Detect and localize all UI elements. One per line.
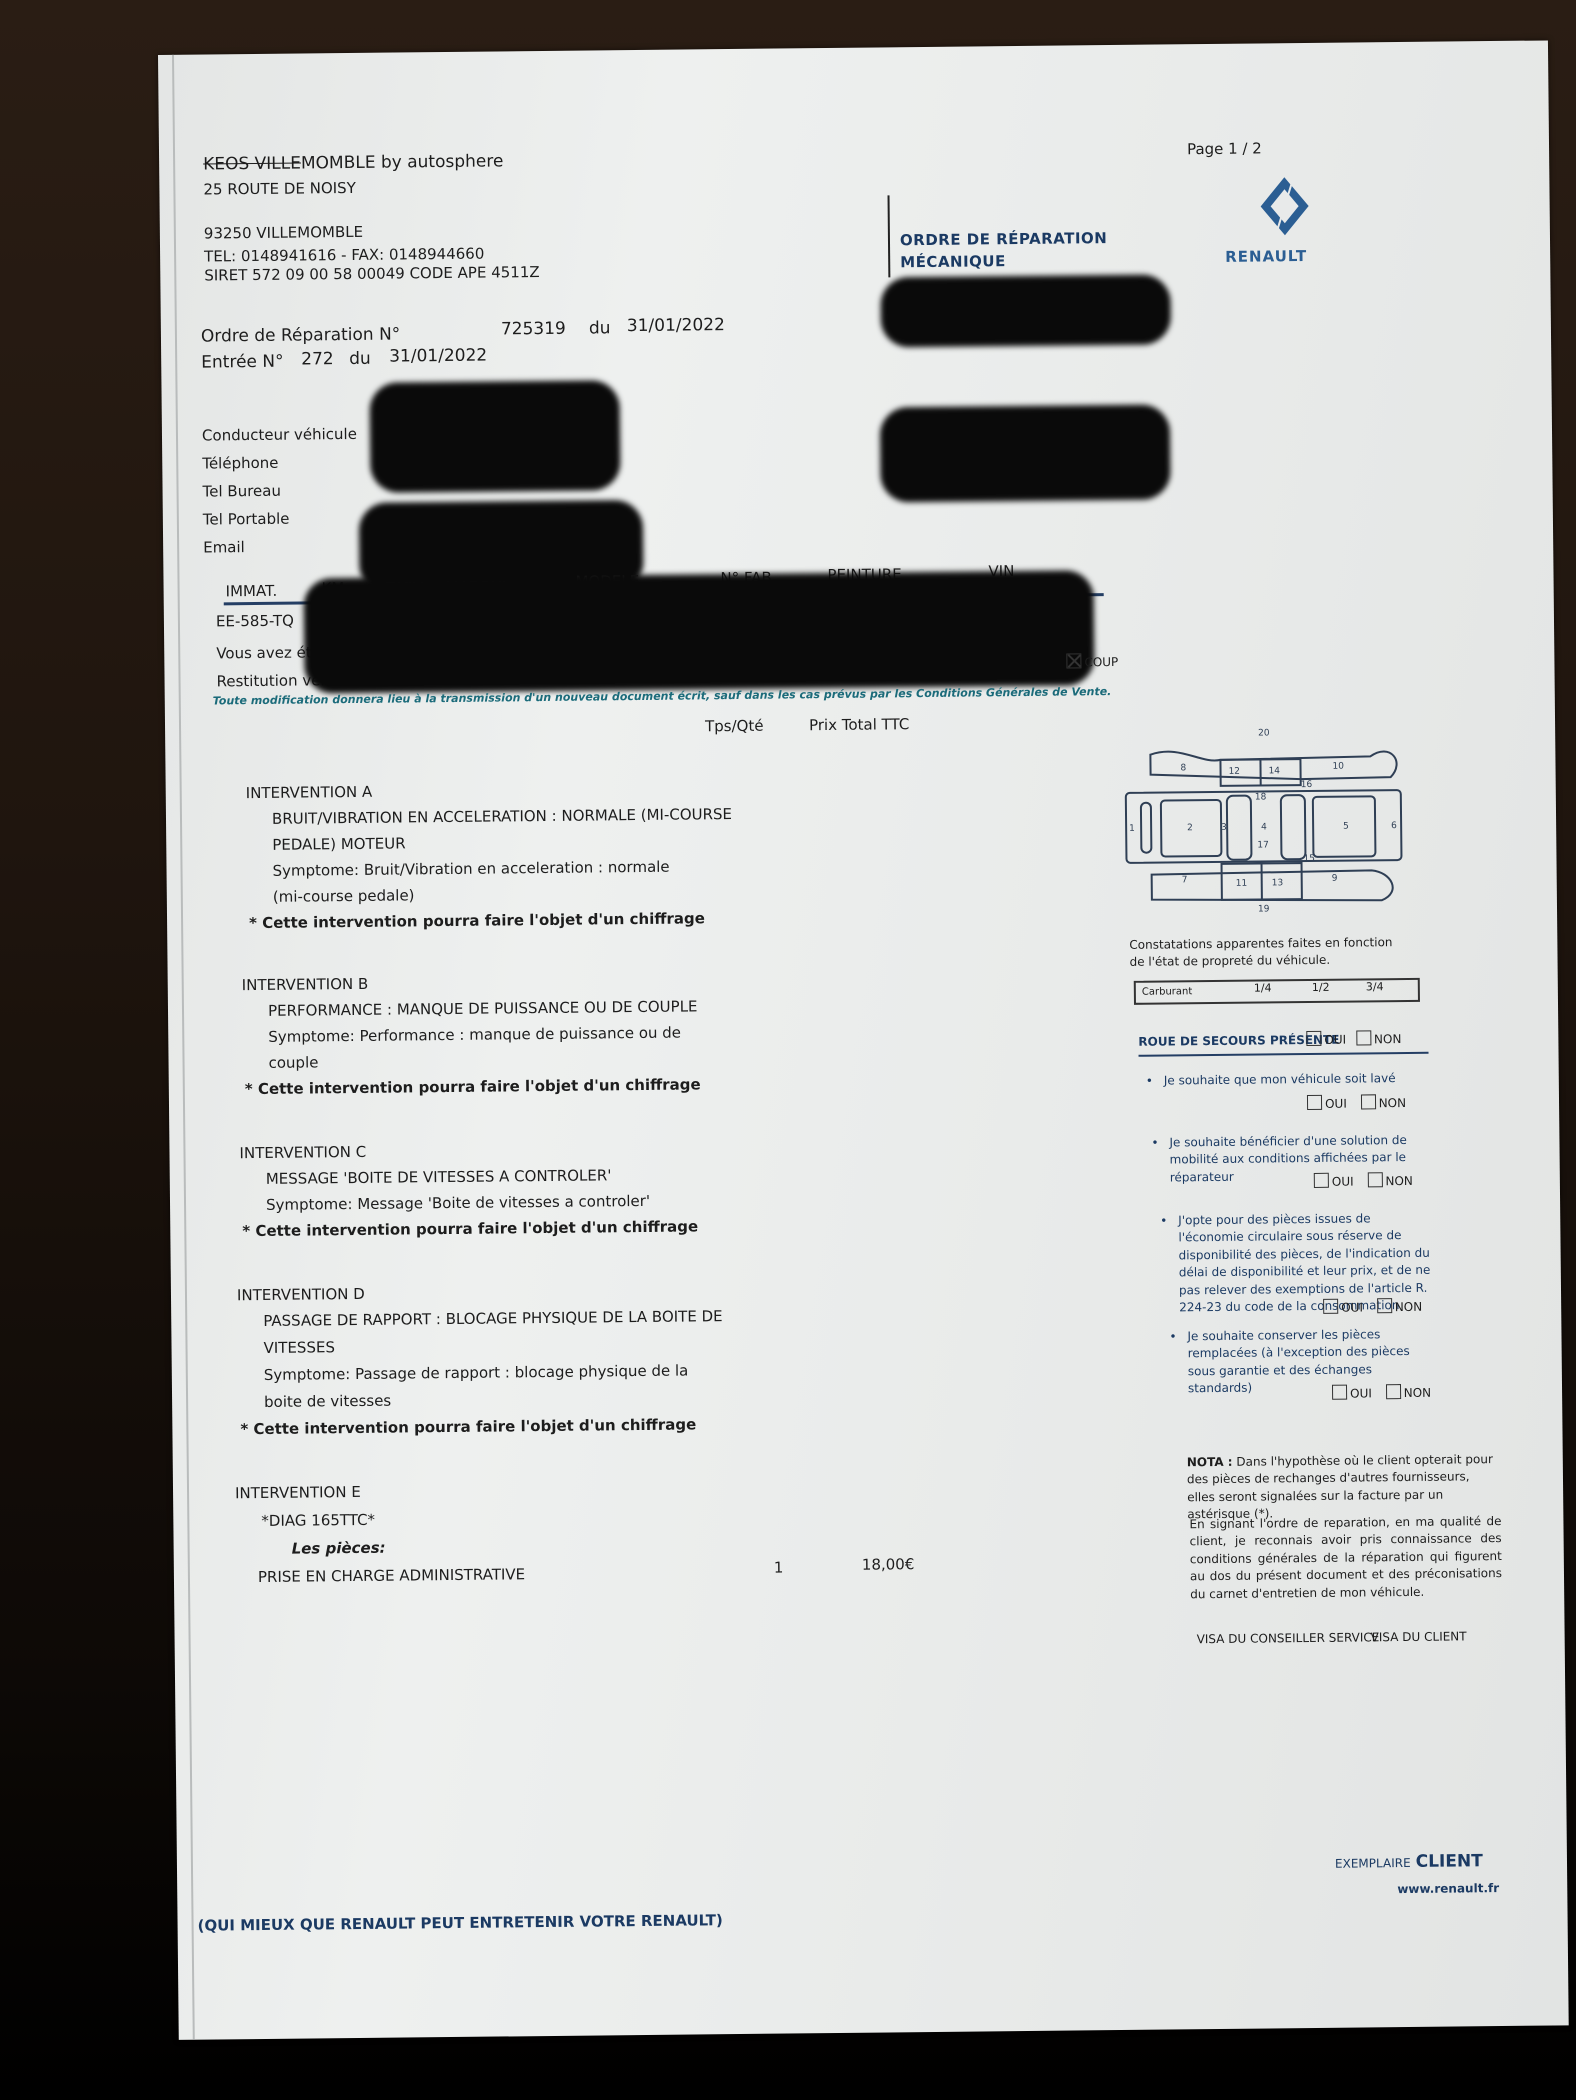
redaction-client-address (880, 274, 1171, 347)
zone-14: 14 (1269, 766, 1281, 776)
circular-oui-checkbox[interactable] (1323, 1299, 1338, 1314)
intervention-line: VITESSES (263, 1338, 335, 1357)
dealer-siret: SIRET 572 09 00 58 00049 CODE APE 4511Z (204, 263, 539, 285)
intervention-a: INTERVENTION A BRUIT/VIBRATION EN ACCELE… (158, 40, 1548, 55)
intervention-d: INTERVENTION D PASSAGE DE RAPPORT : BLOC… (158, 40, 1548, 55)
vehicle-damage-diagram: 20 12 14 8 10 16 18 1 2 3 4 5 6 17 15 7 … (1120, 722, 1407, 915)
visa-service-label: VISA DU CONSEILLER SERVICE (1197, 1630, 1380, 1646)
quote-note: * Cette intervention pourra faire l'obje… (242, 1217, 698, 1240)
entry-date: 31/01/2022 (389, 346, 487, 367)
non-label: NON (1374, 1032, 1402, 1046)
intervention-line: Symptome: Performance : manque de puissa… (268, 1024, 681, 1046)
intervention-c: INTERVENTION C MESSAGE 'BOITE DE VITESSE… (158, 40, 1548, 55)
oui-label: OUI (1324, 1033, 1346, 1047)
intervention-line: PEDALE) MOTEUR (272, 834, 406, 853)
col-qty-header: Tps/Qté (705, 717, 764, 736)
footer-slogan: (QUI MIEUX QUE RENAULT PEUT ENTRETENIR V… (197, 1911, 722, 1934)
zone-18: 18 (1255, 792, 1267, 802)
doc-title-line2: MÉCANIQUE (900, 252, 1006, 271)
intervention-b: INTERVENTION B PERFORMANCE : MANQUE DE P… (158, 40, 1548, 55)
part-qty: 1 (774, 1559, 784, 1577)
dealer-name: KEOS VILLEMOMBLE by autosphere (203, 151, 503, 174)
option-circular-parts-choices: OUI NON (1323, 1298, 1422, 1315)
signing-statement: En signant l'ordre de reparation, en ma … (1189, 1513, 1502, 1603)
coup-label: COUP (1084, 655, 1118, 669)
intervention-line: *DIAG 165TTC* (261, 1511, 375, 1530)
zone-6: 6 (1391, 821, 1397, 831)
exemplaire-client-bold: CLIENT (1416, 1851, 1483, 1872)
zone-7: 7 (1182, 875, 1188, 885)
zone-17: 17 (1257, 840, 1269, 850)
exemplaire-label: EXEMPLAIRE (1335, 1856, 1411, 1871)
dealer-name-struck: KEOS VILLE (203, 154, 301, 175)
wash-non-checkbox[interactable] (1361, 1094, 1376, 1109)
spare-wheel-options: OUI NON (1306, 1030, 1401, 1047)
nota-body: Dans l'hypothèse où le client opterait p… (1187, 1452, 1493, 1521)
zone-19: 19 (1258, 904, 1270, 914)
or-date: 31/01/2022 (627, 315, 725, 336)
mobility-oui-checkbox[interactable] (1314, 1173, 1329, 1188)
quote-note: * Cette intervention pourra faire l'obje… (240, 1415, 696, 1438)
intervention-title: INTERVENTION E (235, 1483, 361, 1502)
renault-diamond-icon (1256, 175, 1313, 238)
dealer-name-rest: MOMBLE by autosphere (301, 151, 504, 173)
intervention-title: INTERVENTION A (246, 783, 373, 802)
keep-parts-oui-checkbox[interactable] (1332, 1385, 1347, 1400)
option-mobility-choices: OUI NON (1314, 1172, 1413, 1189)
option-keep-parts-choices: OUI NON (1332, 1384, 1431, 1401)
spare-wheel-rule (1139, 1052, 1429, 1057)
immat-value: EE-585-TQ (216, 612, 294, 631)
entry-label: Entrée N° (201, 352, 284, 373)
intervention-line: couple (268, 1053, 318, 1072)
wash-oui-checkbox[interactable] (1307, 1095, 1322, 1110)
fuel-label: Carburant (1142, 986, 1193, 998)
visa-service-signature-area[interactable] (1197, 1649, 1358, 1731)
redaction-client-fields-1 (369, 380, 620, 493)
or-number: 725319 (501, 319, 566, 340)
fuel-gauge: Carburant 1/4 1/2 3/4 (1134, 978, 1420, 1005)
intervention-line: boite de vitesses (264, 1392, 391, 1411)
zone-9: 9 (1332, 874, 1338, 884)
intervention-line: (mi-course pedale) (273, 886, 415, 905)
exemplaire-client: EXEMPLAIRE CLIENT (1335, 1851, 1483, 1873)
zone-2: 2 (1187, 823, 1193, 833)
repair-order-document: KEOS VILLEMOMBLE by autosphere 25 ROUTE … (158, 40, 1569, 2039)
intervention-line: PERFORMANCE : MANQUE DE PUISSANCE OU DE … (268, 997, 698, 1019)
intervention-line: Symptome: Message 'Boite de vitesses a c… (266, 1192, 650, 1214)
intervention-line: MESSAGE 'BOITE DE VITESSES A CONTROLER' (266, 1166, 612, 1188)
intervention-e: INTERVENTION E *DIAG 165TTC* Les pièces:… (158, 40, 1548, 55)
doc-title-line1: ORDRE DE RÉPARATION (900, 229, 1108, 249)
page-indicator: Page 1 / 2 (1187, 139, 1262, 158)
field-label-mobile: Tel Portable (203, 510, 290, 529)
zone-15: 15 (1303, 854, 1315, 864)
coup-checkbox[interactable] (1066, 653, 1081, 668)
oui-label: OUI (1350, 1386, 1372, 1400)
non-label: NON (1379, 1096, 1407, 1110)
zone-20: 20 (1258, 728, 1270, 738)
intervention-line: Symptome: Passage de rapport : blocage p… (264, 1362, 689, 1384)
redaction-vehicle-row (303, 570, 1094, 693)
damage-coup: COUP (1066, 653, 1118, 670)
observations-text: Constatations apparentes faites en fonct… (1129, 934, 1409, 972)
zone-3: 3 (1221, 823, 1227, 833)
fuel-mark-three-quarter: 3/4 (1366, 980, 1384, 993)
non-label: NON (1385, 1174, 1413, 1188)
parts-label: Les pièces: (292, 1539, 386, 1558)
zone-11: 11 (1236, 879, 1248, 889)
field-label-phone: Téléphone (202, 454, 278, 473)
visa-client-label: VISA DU CLIENT (1371, 1629, 1467, 1644)
nota-label: NOTA : (1187, 1455, 1233, 1469)
quote-note: * Cette intervention pourra faire l'obje… (245, 1075, 701, 1098)
or-label: Ordre de Réparation N° (201, 324, 401, 346)
col-immat: IMMAT. (226, 582, 278, 601)
option-wash: Je souhaite que mon véhicule soit lavé (1164, 1070, 1424, 1090)
intervention-line: BRUIT/VIBRATION EN ACCELERATION : NORMAL… (272, 805, 732, 828)
spare-wheel-oui-checkbox[interactable] (1306, 1031, 1321, 1046)
non-label: NON (1404, 1386, 1432, 1400)
visa-client-signature-area[interactable] (1371, 1647, 1502, 1728)
intervention-line: PASSAGE DE RAPPORT : BLOCAGE PHYSIQUE DE… (263, 1307, 723, 1330)
quote-note: * Cette intervention pourra faire l'obje… (249, 909, 705, 932)
keep-parts-non-checkbox[interactable] (1386, 1384, 1401, 1399)
intervention-title: INTERVENTION B (242, 975, 369, 994)
mobility-non-checkbox[interactable] (1367, 1172, 1382, 1187)
zone-1: 1 (1129, 824, 1135, 834)
dealer-address-2: 93250 VILLEMOMBLE (204, 223, 363, 243)
oui-label: OUI (1332, 1175, 1354, 1189)
field-label-work-phone: Tel Bureau (202, 482, 281, 501)
circular-non-checkbox[interactable] (1377, 1298, 1392, 1313)
intervention-line: Symptome: Bruit/Vibration en acceleratio… (272, 858, 669, 880)
zone-5: 5 (1343, 822, 1349, 832)
field-label-email: Email (203, 538, 245, 556)
field-label-driver: Conducteur véhicule (202, 425, 357, 445)
zone-16: 16 (1301, 780, 1313, 790)
part-price: 18,00€ (862, 1555, 915, 1574)
entry-du: du (349, 349, 371, 369)
zone-10: 10 (1332, 762, 1344, 772)
entry-number: 272 (301, 349, 334, 369)
or-du: du (589, 318, 611, 338)
dealer-address-1: 25 ROUTE DE NOISY (203, 179, 356, 199)
website[interactable]: www.renault.fr (1397, 1881, 1499, 1896)
brand-name: RENAULT (1225, 247, 1307, 266)
zone-12: 12 (1229, 767, 1241, 777)
zone-13: 13 (1272, 878, 1284, 888)
intervention-title: INTERVENTION D (237, 1285, 365, 1304)
zone-4: 4 (1261, 822, 1267, 832)
non-label: NON (1395, 1300, 1423, 1314)
part-name: PRISE EN CHARGE ADMINISTRATIVE (258, 1565, 525, 1586)
oui-label: OUI (1325, 1097, 1347, 1111)
title-divider (888, 195, 891, 277)
zone-8: 8 (1180, 763, 1186, 773)
intervention-title: INTERVENTION C (239, 1143, 366, 1162)
dealer-tel-fax: TEL: 0148941616 - FAX: 0148944660 (204, 245, 484, 266)
col-price-header: Prix Total TTC (809, 715, 909, 734)
oui-label: OUI (1341, 1300, 1363, 1314)
redaction-vehicle-info (880, 404, 1171, 502)
fuel-mark-quarter: 1/4 (1254, 981, 1272, 994)
spare-wheel-non-checkbox[interactable] (1356, 1030, 1371, 1045)
option-wash-choices: OUI NON (1307, 1094, 1406, 1111)
fuel-mark-half: 1/2 (1312, 981, 1330, 994)
